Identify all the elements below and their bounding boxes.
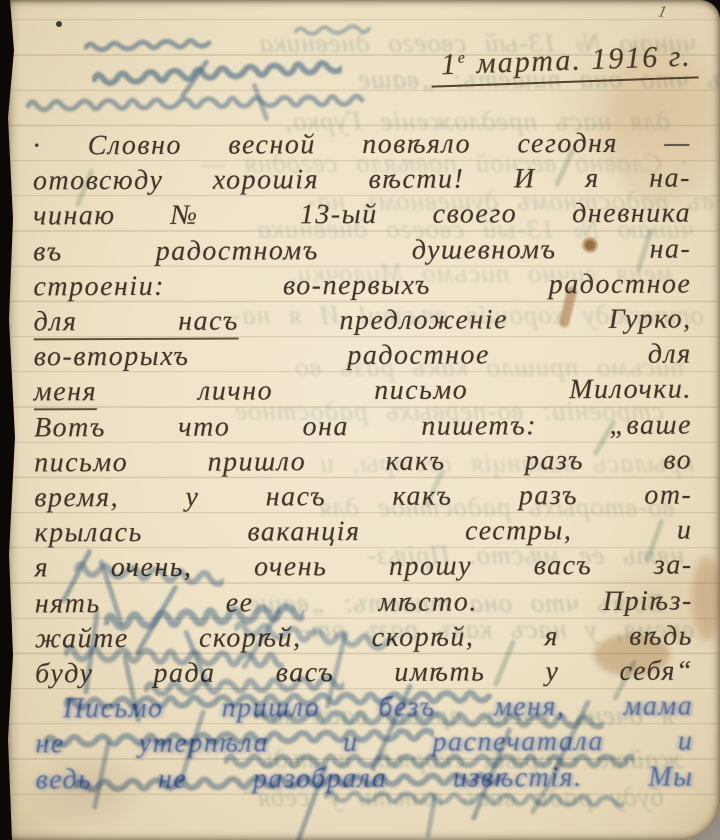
scanned-diary-page: чинаю № 13-ый своего дневникаВотъ что он…	[0, 0, 720, 840]
manuscript-line: буду рада васъ имѣть у себя“	[35, 656, 693, 691]
manuscript-line: меня лично письмо Милочки.	[34, 374, 692, 409]
manuscript-line: чинаю № 13-ый своего дневника	[33, 198, 691, 233]
underlined-phrase: меня	[34, 377, 97, 411]
manuscript-line: крылась ваканція сестры, и	[34, 515, 692, 550]
manuscript-line: для насъ предложеніе Гурко,	[34, 304, 692, 339]
paper-page: чинаю № 13-ый своего дневникаВотъ что он…	[6, 0, 720, 840]
manuscript-line: не утерпѣла и распечатала и	[35, 726, 693, 761]
manuscript-line: во-вторыхъ радостное для	[34, 339, 692, 374]
underlined-phrase: для насъ	[34, 306, 239, 341]
manuscript-line: строеніи: во-первыхъ радостное	[33, 268, 691, 303]
manuscript-line: · Словно весной повѣяло сегодня —	[33, 128, 691, 163]
manuscript-line: письмо пришло какъ разъ во	[34, 444, 692, 479]
manuscript-line: время, у насъ какъ разъ от-	[34, 480, 692, 515]
manuscript-line: въ радостномъ душевномъ на-	[33, 233, 691, 268]
manuscript-line: ведь не разобрала извѣстія. Мы	[35, 761, 693, 796]
manuscript-line: Письмо пришло безъ меня, мама	[63, 691, 693, 726]
manuscript-line: я очень, очень прошу васъ за-	[35, 550, 693, 585]
manuscript-body: · Словно весной повѣяло сегодня —отовсюд…	[4, 0, 720, 840]
manuscript-line: нять ее мѣсто. Пріѣз-	[35, 585, 693, 620]
manuscript-line: Вотъ что она пишетъ: „ваше	[34, 409, 692, 444]
manuscript-line: жайте скорѣй, скорѣй, я вѣдь	[35, 620, 693, 655]
manuscript-line: отовсюду хорошія вѣсти! И я на-	[33, 163, 691, 198]
